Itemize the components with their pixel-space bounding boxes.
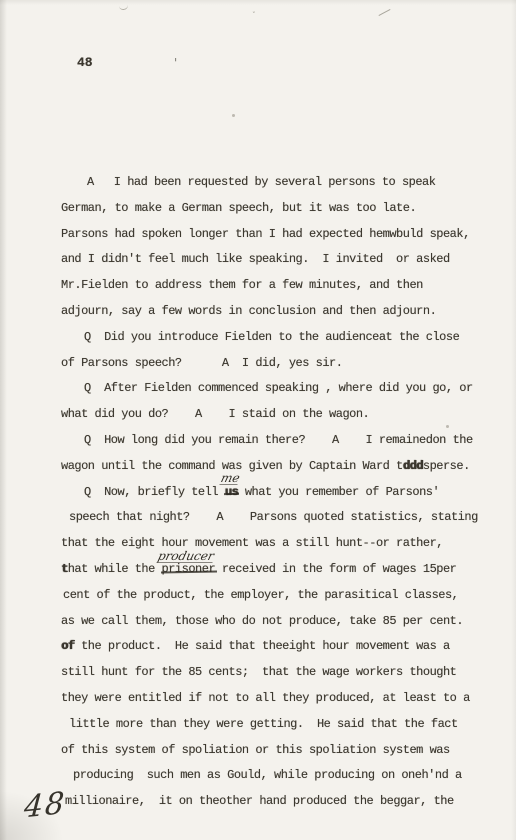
transcript-line: Mr.Fielden to address them for a few min… [61, 273, 493, 299]
transcript-line: A I had been requested by several person… [61, 170, 493, 196]
transcript-line: and I didn't feel much like speaking. I … [61, 247, 493, 273]
transcript-line: of Parsons speech? A I did, yes sir. [61, 351, 493, 377]
transcript-line: speech that night? A Parsons quoted stat… [61, 505, 493, 531]
transcript-line: German, to make a German speech, but it … [61, 196, 493, 222]
transcript-line: Q Now, briefly tell meus what you rememb… [61, 480, 493, 506]
ink-speck [232, 114, 235, 117]
transcript-line: wagon until the command was given by Cap… [61, 454, 493, 480]
transcript-line: of the product. He said that theeight ho… [61, 634, 493, 660]
transcript-line: that while the producerprisoner received… [61, 557, 493, 583]
pencil-mark-curl [119, 2, 129, 10]
transcript-line: Parsons had spoken longer than I had exp… [61, 222, 493, 248]
transcript-line: that the eight hour movement was a still… [61, 531, 493, 557]
page-number-typed: 48 [77, 55, 93, 70]
document-page: ˯ ' 48 A I had been requested by several… [0, 0, 516, 840]
transcript-line: millionaire, it on theother hand produce… [61, 789, 493, 815]
transcript-line: Q How long did you remain there? A I rem… [61, 428, 493, 454]
transcript-line: adjourn, say a few words in conclusion a… [61, 299, 493, 325]
pencil-mark-slash [379, 9, 391, 16]
transcript: A I had been requested by several person… [61, 170, 493, 815]
transcript-line: of this system of spoliation or this spo… [61, 738, 493, 764]
transcript-line: producing such men as Gould, while produ… [61, 763, 493, 789]
transcript-line: still hunt for the 85 cents; that the wa… [61, 660, 493, 686]
transcript-line: Q Did you introduce Fielden to the audie… [61, 325, 493, 351]
transcript-line: cent of the product, the employer, the p… [61, 583, 493, 609]
page-number-hand: 48 [23, 786, 67, 826]
transcript-line: as we call them, those who do not produc… [61, 609, 493, 635]
transcript-line: they were entitled if not to all they pr… [61, 686, 493, 712]
transcript-line: what did you do? A I staid on the wagon. [61, 402, 493, 428]
pencil-mark-tick: ˯ [252, 1, 256, 14]
ink-speck-apostrophe: ' [174, 56, 177, 70]
transcript-line: little more than they were getting. He s… [61, 712, 493, 738]
transcript-line: Q After Fielden commenced speaking , whe… [61, 376, 493, 402]
